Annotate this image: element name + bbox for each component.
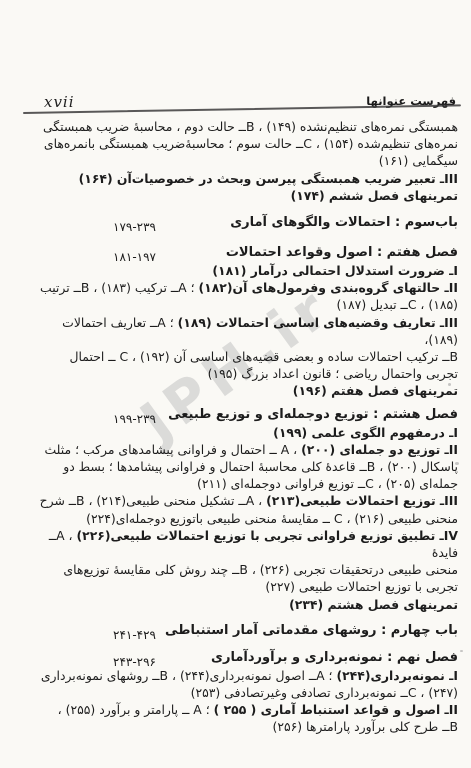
page-range: ۲۴۳-۲۹۶ [113,653,156,671]
toc-entry: IIIـ تعبیر ضریب همبستگی پیرسن وبحث در خص… [28,170,458,187]
page-range: ۲۴۱-۴۲۹ [113,626,156,644]
toc-entry-cont: تجربی واحتمال ریاضی ؛ قانون اعداد بزرگ (… [28,365,458,382]
toc-entry: IIIـ توزیع احتمالات طبیعی(۲۱۳) ، Aــ تشک… [28,492,458,509]
part-title: باب‌سوم : احتمالات والگوهای آماری [230,215,458,230]
toc-text: ؛ A ــ پارامتر و برآورد (۲۵۵) ، [58,702,214,717]
toc-entry-title: IIـ حالتهای گروه‌بندی وفرمول‌های آن(۱۸۲) [198,280,458,295]
toc-entry: Iـ ضرورت استدلال احتمالی درآمار (۱۸۱) [28,262,458,279]
toc-text: تمرینهای فصل ششم (۱۷۴) [291,188,458,203]
toc-entry: IIـ حالتهای گروه‌بندی وفرمول‌های آن(۱۸۲)… [28,279,458,296]
toc-entry: IVـ تطبیق توزیع فراوانی تجربی با توزیع ا… [28,527,458,561]
toc-entry-title: IIـ اصول و قواعد استنباط آماری ( ۲۵۵ ) [214,702,458,717]
toc-entry: IIIـ تعاریف وقضیه‌های اساسی احتمالات (۱۸… [28,314,458,348]
toc-entry-cont: Bــ ترکیب احتمالات ساده و بعضی قضیه‌های … [28,348,458,365]
toc-entry-title: IVـ تطبیق توزیع فراوانی تجربی با توزیع ا… [76,528,458,543]
toc-part3-heading: باب‌سوم : احتمالات والگوهای آماری ۱۷۹-۲۳… [28,214,458,232]
page-range: ۱۸۱-۱۹۷ [113,248,156,266]
toc-entry-title: IIIـ تعاریف وقضیه‌های اساسی احتمالات (۱۸… [178,315,458,330]
toc-content: همبستگی نمره‌های تنظیم‌نشده (۱۴۹) ، Bــ … [28,118,458,736]
toc-entry: Iـ نمونه‌برداری(۲۴۴) ؛ Aــ اصول نمونه‌بر… [28,667,458,684]
chapter-title: فصل هفتم : اصول وقواعد احتمالات [226,245,458,260]
toc-text: ؛ Aــ اصول نمونه‌برداری(۲۴۴) ، Bــ روشها… [41,668,337,683]
scan-speckle [448,383,451,386]
toc-entry-title: IIـ توزیع دو جمله‌ای (۲۰۰) [301,442,458,457]
header-rule [23,104,461,114]
toc-entry-cont: Bــ طرح کلی برآورد پارامترها (۲۵۶) [28,718,458,735]
toc-entry-cont: پاسکال (۲۰۰) ، Bــ قاعدۀ کلی محاسبۀ احتم… [28,458,458,475]
toc-ch7-heading: فصل هفتم : اصول وقواعد احتمالات ۱۸۱-۱۹۷ [28,244,458,262]
toc-entry: Iـ درمفهوم الگوی علمی (۱۹۹) [28,424,458,441]
toc-ch8-heading: فصل هشتم : توزیع دوجمله‌ای و توزیع طبیعی… [28,406,458,424]
chapter-title: فصل هشتم : توزیع دوجمله‌ای و توزیع طبیعی [168,407,458,422]
toc-text: تجربی با توزیع احتمالات طبیعی (۲۲۷) [265,579,458,594]
toc-text: نمره‌های تنظیم‌شده (۱۵۴) ، Cــ حالت سوم … [44,136,458,151]
toc-entry-cont: (۱۸۵) ، Cــ تبدیل (۱۸۷) [28,296,458,313]
scanned-toc-page: JPH.ir xvii فهرست عنوانها همبستگی نمره‌ه… [0,0,471,768]
toc-text: ، Aــ تشکیل منحنی طبیعی(۲۱۴) ، Bــ شرح [40,493,266,508]
toc-text: تمرینهای فصل هشتم (۲۳۴) [289,597,458,612]
toc-entry-title: IIIـ توزیع احتمالات طبیعی(۲۱۳) [266,493,458,508]
toc-entry: IIـ توزیع دو جمله‌ای (۲۰۰) ، A ــ احتمال… [28,441,458,458]
chapter-title: فصل نهم : نمونه‌برداری و برآوردآماری [211,650,458,665]
toc-text: ؛ Aــ ترکیب (۱۸۳) ، Bــ ترتیب [40,280,198,295]
toc-text: همبستگی نمره‌های تنظیم‌نشده (۱۴۹) ، Bــ … [43,119,458,134]
toc-ch9-heading: فصل نهم : نمونه‌برداری و برآوردآماری ۲۴۳… [28,649,458,667]
toc-text: پاسکال (۲۰۰) ، Bــ قاعدۀ کلی محاسبۀ احتم… [63,459,458,474]
toc-entry-cont: منحنی طبیعی درتحقیقات تجربی (۲۲۶) ، Bــ … [28,561,458,578]
page-range: ۱۹۹-۲۳۹ [113,410,156,428]
toc-exercises-ch7: تمرینهای فصل هفتم (۱۹۶) [28,382,458,399]
toc-entry: IIـ اصول و قواعد استنباط آماری ( ۲۵۵ ) ؛… [28,701,458,718]
toc-entry-title: Iـ درمفهوم الگوی علمی (۱۹۹) [273,425,458,440]
toc-entry-title: Iـ نمونه‌برداری(۲۴۴) [336,668,458,683]
toc-exercises-ch8: تمرینهای فصل هشتم (۲۳۴) [28,596,458,613]
page-range: ۱۷۹-۲۳۹ [113,218,156,236]
toc-text: تجربی واحتمال ریاضی ؛ قانون اعداد بزرگ (… [208,366,458,381]
toc-text: منحنی طبیعی (۲۱۶) ، C ــ مقایسۀ منحنی طب… [86,511,458,526]
part-title: باب چهارم : روشهای مقدماتی آمار استنباطی [165,623,458,638]
toc-entry-cont: منحنی طبیعی (۲۱۶) ، C ــ مقایسۀ منحنی طب… [28,510,458,527]
toc-text: Bــ ترکیب احتمالات ساده و بعضی قضیه‌های … [70,349,458,364]
toc-text: جمله‌ای (۲۰۵) ، Cــ توزیع فراوانی دوجمله… [197,476,458,491]
toc-entry-title: IIIـ تعبیر ضریب همبستگی پیرسن وبحث در خص… [79,171,458,186]
toc-carryover-line: همبستگی نمره‌های تنظیم‌نشده (۱۴۹) ، Bــ … [28,118,458,135]
scan-speckle [455,462,459,465]
scan-speckle [460,650,463,652]
toc-text: (۱۸۵) ، Cــ تبدیل (۱۸۷) [337,297,459,312]
toc-exercises-ch6: تمرینهای فصل ششم (۱۷۴) [28,187,458,204]
toc-text: سیگمایی (۱۶۱) [379,153,458,168]
toc-text: منحنی طبیعی درتحقیقات تجربی (۲۲۶) ، Bــ … [63,562,458,577]
page-number: xvii [44,93,75,111]
toc-carryover-line: سیگمایی (۱۶۱) [28,152,458,169]
toc-carryover-line: نمره‌های تنظیم‌شده (۱۵۴) ، Cــ حالت سوم … [28,135,458,152]
toc-entry-cont: تجربی با توزیع احتمالات طبیعی (۲۲۷) [28,578,458,595]
toc-entry-cont: (۲۴۷) ، Cــ نمونه‌برداری تصادفی وغیرتصاد… [28,684,458,701]
toc-entry-cont: جمله‌ای (۲۰۵) ، Cــ توزیع فراوانی دوجمله… [28,475,458,492]
toc-text: (۲۴۷) ، Cــ نمونه‌برداری تصادفی وغیرتصاد… [191,685,458,700]
toc-text: ، A ــ احتمال و فراوانی پیشامدهای مرکب ؛… [44,442,301,457]
toc-text: تمرینهای فصل هفتم (۱۹۶) [293,383,458,398]
toc-entry-title: Iـ ضرورت استدلال احتمالی درآمار (۱۸۱) [212,263,458,278]
toc-part4-heading: باب چهارم : روشهای مقدماتی آمار استنباطی… [28,622,458,640]
toc-text: Bــ طرح کلی برآورد پارامترها (۲۵۶) [272,719,458,734]
